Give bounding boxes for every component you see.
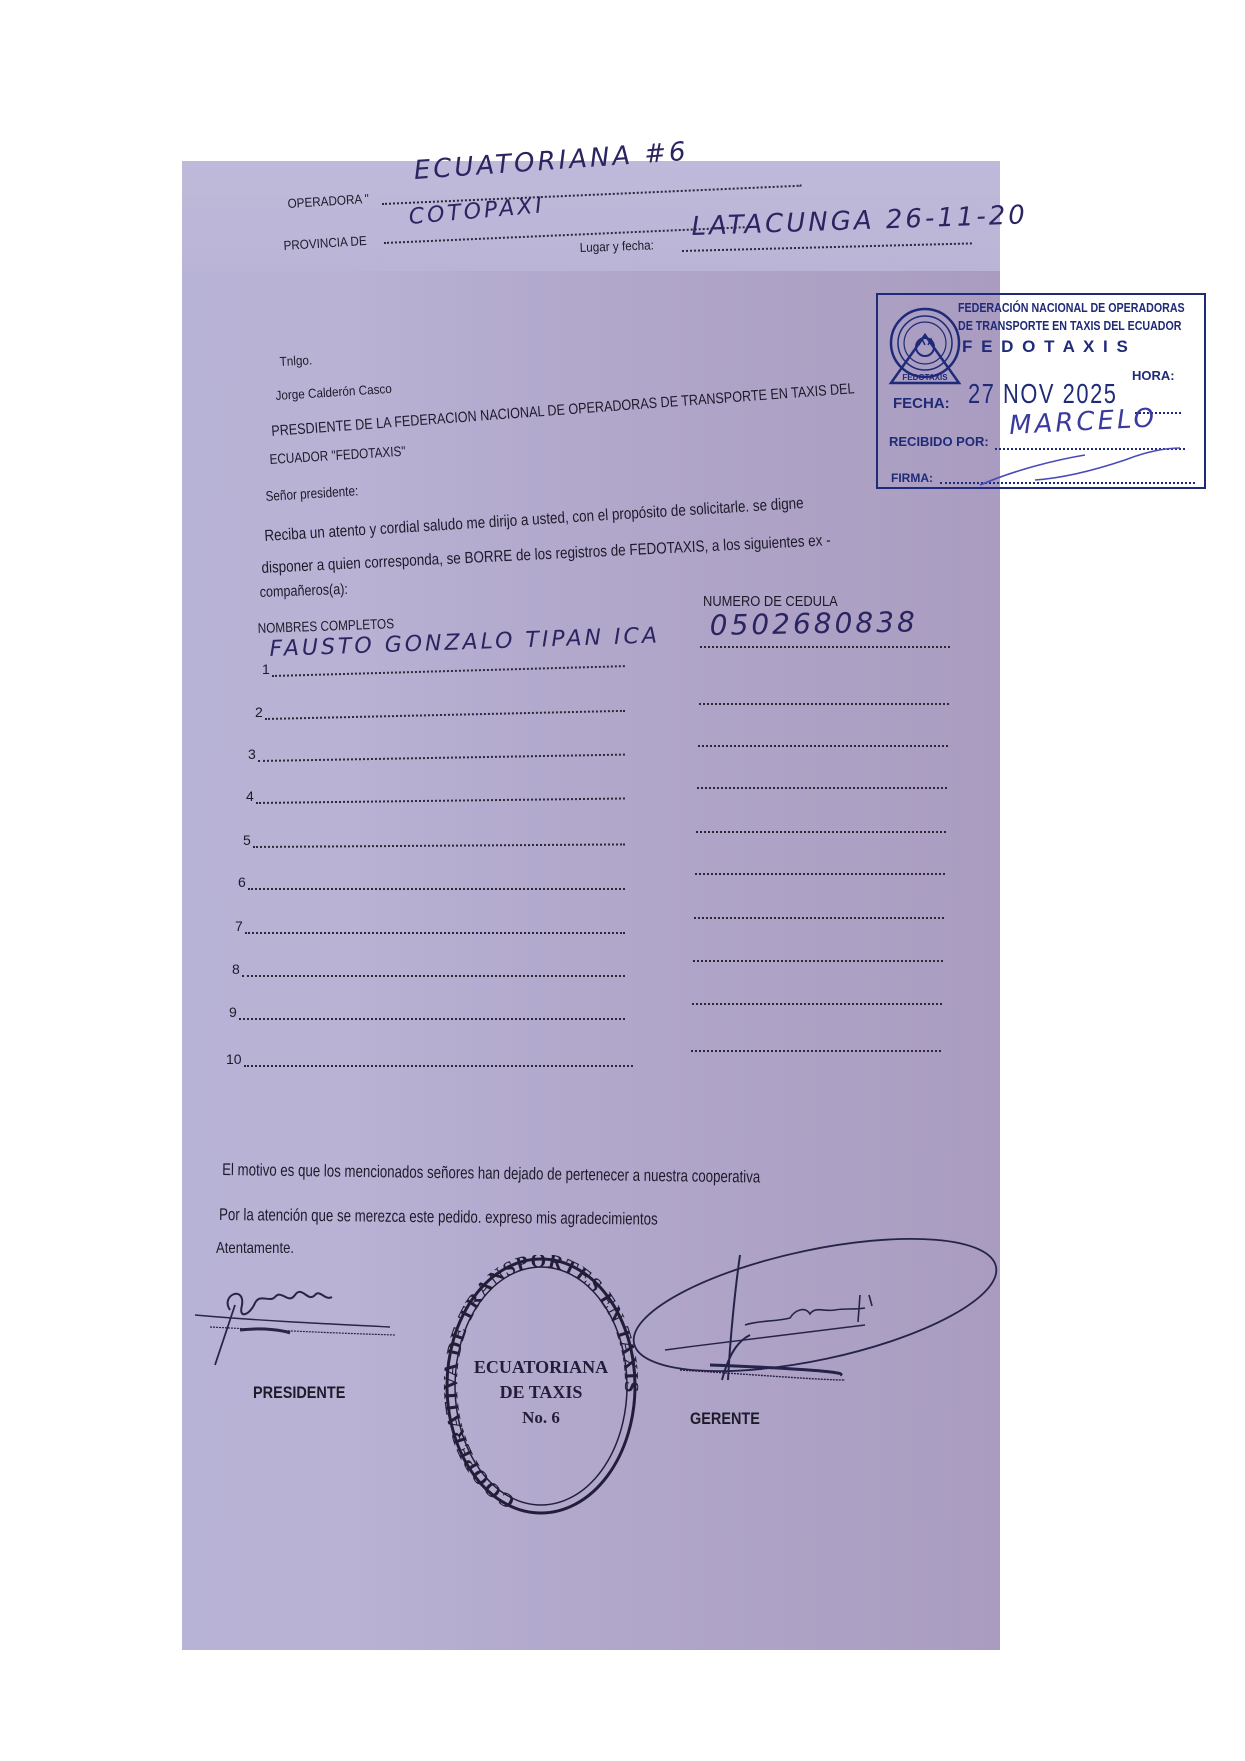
row-number: 10 (226, 1051, 242, 1067)
cedula-field-line (700, 646, 950, 648)
row-number: 4 (246, 788, 254, 804)
svg-text:FEDOTAXIS: FEDOTAXIS (902, 373, 948, 382)
name-field-line (239, 1018, 625, 1020)
stamp-hora-label: HORA: (1132, 368, 1175, 383)
svg-text:DE TAXIS: DE TAXIS (500, 1382, 583, 1402)
svg-text:ECUATORIANA: ECUATORIANA (474, 1357, 608, 1377)
gerente-label: GERENTE (690, 1409, 760, 1429)
presidente-label: PRESIDENTE (253, 1383, 345, 1403)
name-field-line (244, 1065, 633, 1067)
row-number: 3 (248, 746, 256, 762)
stamp-fecha-label: FECHA: (893, 395, 950, 412)
stamp-fecha-value: 27 NOV 2025 (968, 378, 1118, 410)
row-number: 6 (238, 874, 246, 890)
stamp-org-line2: DE TRANSPORTE EN TAXIS DEL ECUADOR (958, 318, 1181, 333)
cedula-field-line (697, 787, 947, 789)
recipient-title: Tnlgo. (279, 352, 312, 369)
name-field-line (242, 975, 625, 977)
cedula-field-line (691, 1050, 941, 1052)
fedotaxis-logo-icon: FEDOTAXIS (885, 305, 965, 395)
row-number: 1 (262, 661, 270, 677)
svg-text:No. 6: No. 6 (522, 1408, 560, 1427)
handwritten-cedula: 0502680838 (709, 605, 918, 642)
body-line3: compañeros(a): (259, 581, 348, 601)
row-number: 9 (229, 1004, 237, 1020)
row-number: 5 (243, 832, 251, 848)
row-number: 8 (232, 961, 240, 977)
name-field-line (248, 888, 625, 890)
cedula-field-line (692, 1003, 942, 1005)
cedula-field-line (696, 831, 946, 833)
stamp-firma-signature (975, 440, 1185, 490)
cedula-field-line (699, 703, 949, 705)
cedula-field-line (694, 917, 944, 919)
presidente-signature (190, 1275, 400, 1370)
stamp-recibido-label: RECIBIDO POR: (889, 434, 989, 449)
stamp-firma-label: FIRMA: (891, 471, 933, 485)
gerente-signature (590, 1230, 1010, 1420)
row-number: 7 (235, 918, 243, 934)
stamp-org-line1: FEDERACIÓN NACIONAL DE OPERADORAS (958, 300, 1185, 315)
row-number: 2 (255, 704, 263, 720)
cedula-field-line (698, 745, 948, 747)
stamp-org-short: F E D O T A X I S (962, 337, 1130, 357)
lugar-fecha-label: Lugar y fecha: (579, 237, 654, 255)
cedula-field-line (693, 960, 943, 962)
closing-atentamente: Atentamente. (216, 1240, 294, 1258)
name-field-line (245, 932, 625, 934)
cedula-field-line (695, 873, 945, 875)
